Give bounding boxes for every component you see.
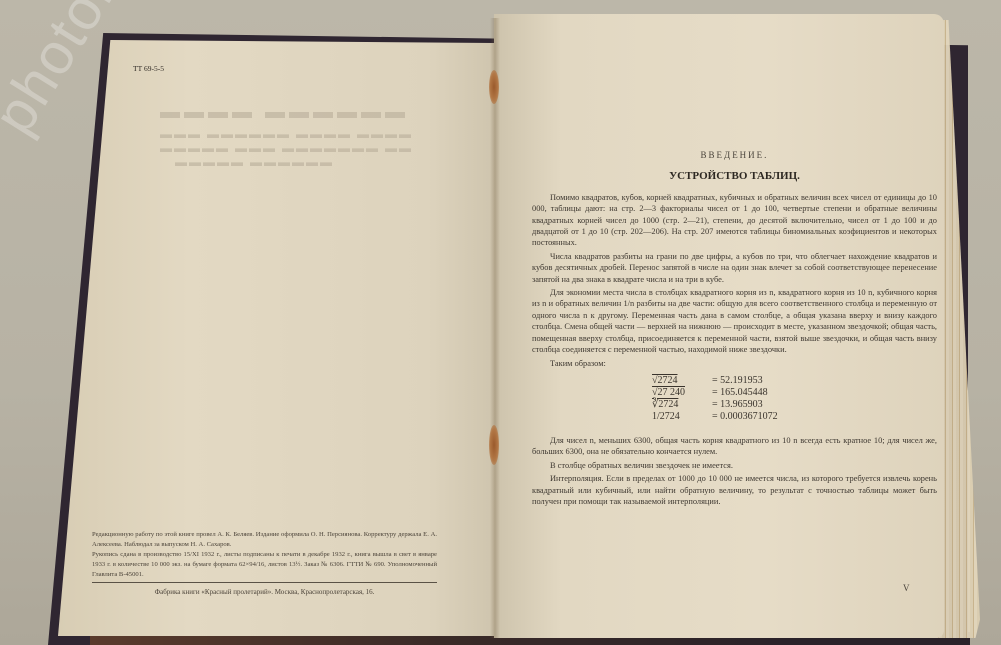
formula-rhs: = 13.965903 bbox=[712, 399, 763, 411]
colophon-editorial: Редакционную работу по этой книге провел… bbox=[92, 530, 437, 550]
formula-row: √2724= 52.191953 bbox=[652, 375, 937, 387]
colophon-factory: Фабрика книги «Красный пролетарий». Моск… bbox=[92, 587, 437, 597]
page-title: УСТРОЙСТВО ТАБЛИЦ. bbox=[532, 171, 937, 182]
formula-row: 1/2724= 0.0003671072 bbox=[652, 411, 937, 423]
formula-row: √27 240= 165.045448 bbox=[652, 387, 937, 399]
paragraph: Помимо квадратов, кубов, корней квадратн… bbox=[532, 192, 937, 249]
book-gutter bbox=[490, 18, 500, 638]
binding-stain-top bbox=[489, 70, 499, 104]
formula-rhs: = 165.045448 bbox=[712, 387, 768, 399]
paragraph: Для экономии места числа в столбцах квад… bbox=[532, 287, 937, 355]
formula-lhs: √27 240 bbox=[652, 387, 712, 399]
paragraph: Интерполяция. Если в пределах от 1000 до… bbox=[532, 473, 937, 507]
paragraph: Таким образом: bbox=[532, 358, 937, 369]
paragraph: Для чисел n, меньших 6300, общая часть к… bbox=[532, 435, 937, 458]
formula-rhs: = 52.191953 bbox=[712, 375, 763, 387]
formula-lhs: ∛2724 bbox=[652, 399, 712, 411]
colophon-printing: Рукопись сдана в производство 15/XI 1932… bbox=[92, 550, 437, 580]
paragraph: В столбце обратных величин звездочек не … bbox=[532, 460, 937, 471]
bleed-through-text: ▬▬▬▬ ▬▬▬▬▬▬ ▬▬▬ ▬▬▬▬▬▬ ▬▬▬▬ ▬▬▬▬ ▬▬▬▬▬ ▬… bbox=[160, 105, 460, 169]
colophon-rule bbox=[92, 582, 437, 583]
publication-code: ТТ 69-5-5 bbox=[133, 64, 164, 73]
paragraph: Числа квадратов разбиты на грани по две … bbox=[532, 251, 937, 285]
colophon: Редакционную работу по этой книге провел… bbox=[92, 530, 437, 597]
formula-block: √2724= 52.191953 √27 240= 165.045448 ∛27… bbox=[652, 375, 937, 423]
formula-lhs: √2724 bbox=[652, 375, 712, 387]
formula-lhs: 1/2724 bbox=[652, 411, 712, 423]
formula-row: ∛2724= 13.965903 bbox=[652, 399, 937, 411]
section-heading: ВВЕДЕНИЕ. bbox=[532, 150, 937, 161]
formula-rhs: = 0.0003671072 bbox=[712, 411, 778, 423]
page-body: ВВЕДЕНИЕ. УСТРОЙСТВО ТАБЛИЦ. Помимо квад… bbox=[532, 150, 937, 509]
page-number: V bbox=[903, 583, 910, 593]
binding-stain-bottom bbox=[489, 425, 499, 465]
